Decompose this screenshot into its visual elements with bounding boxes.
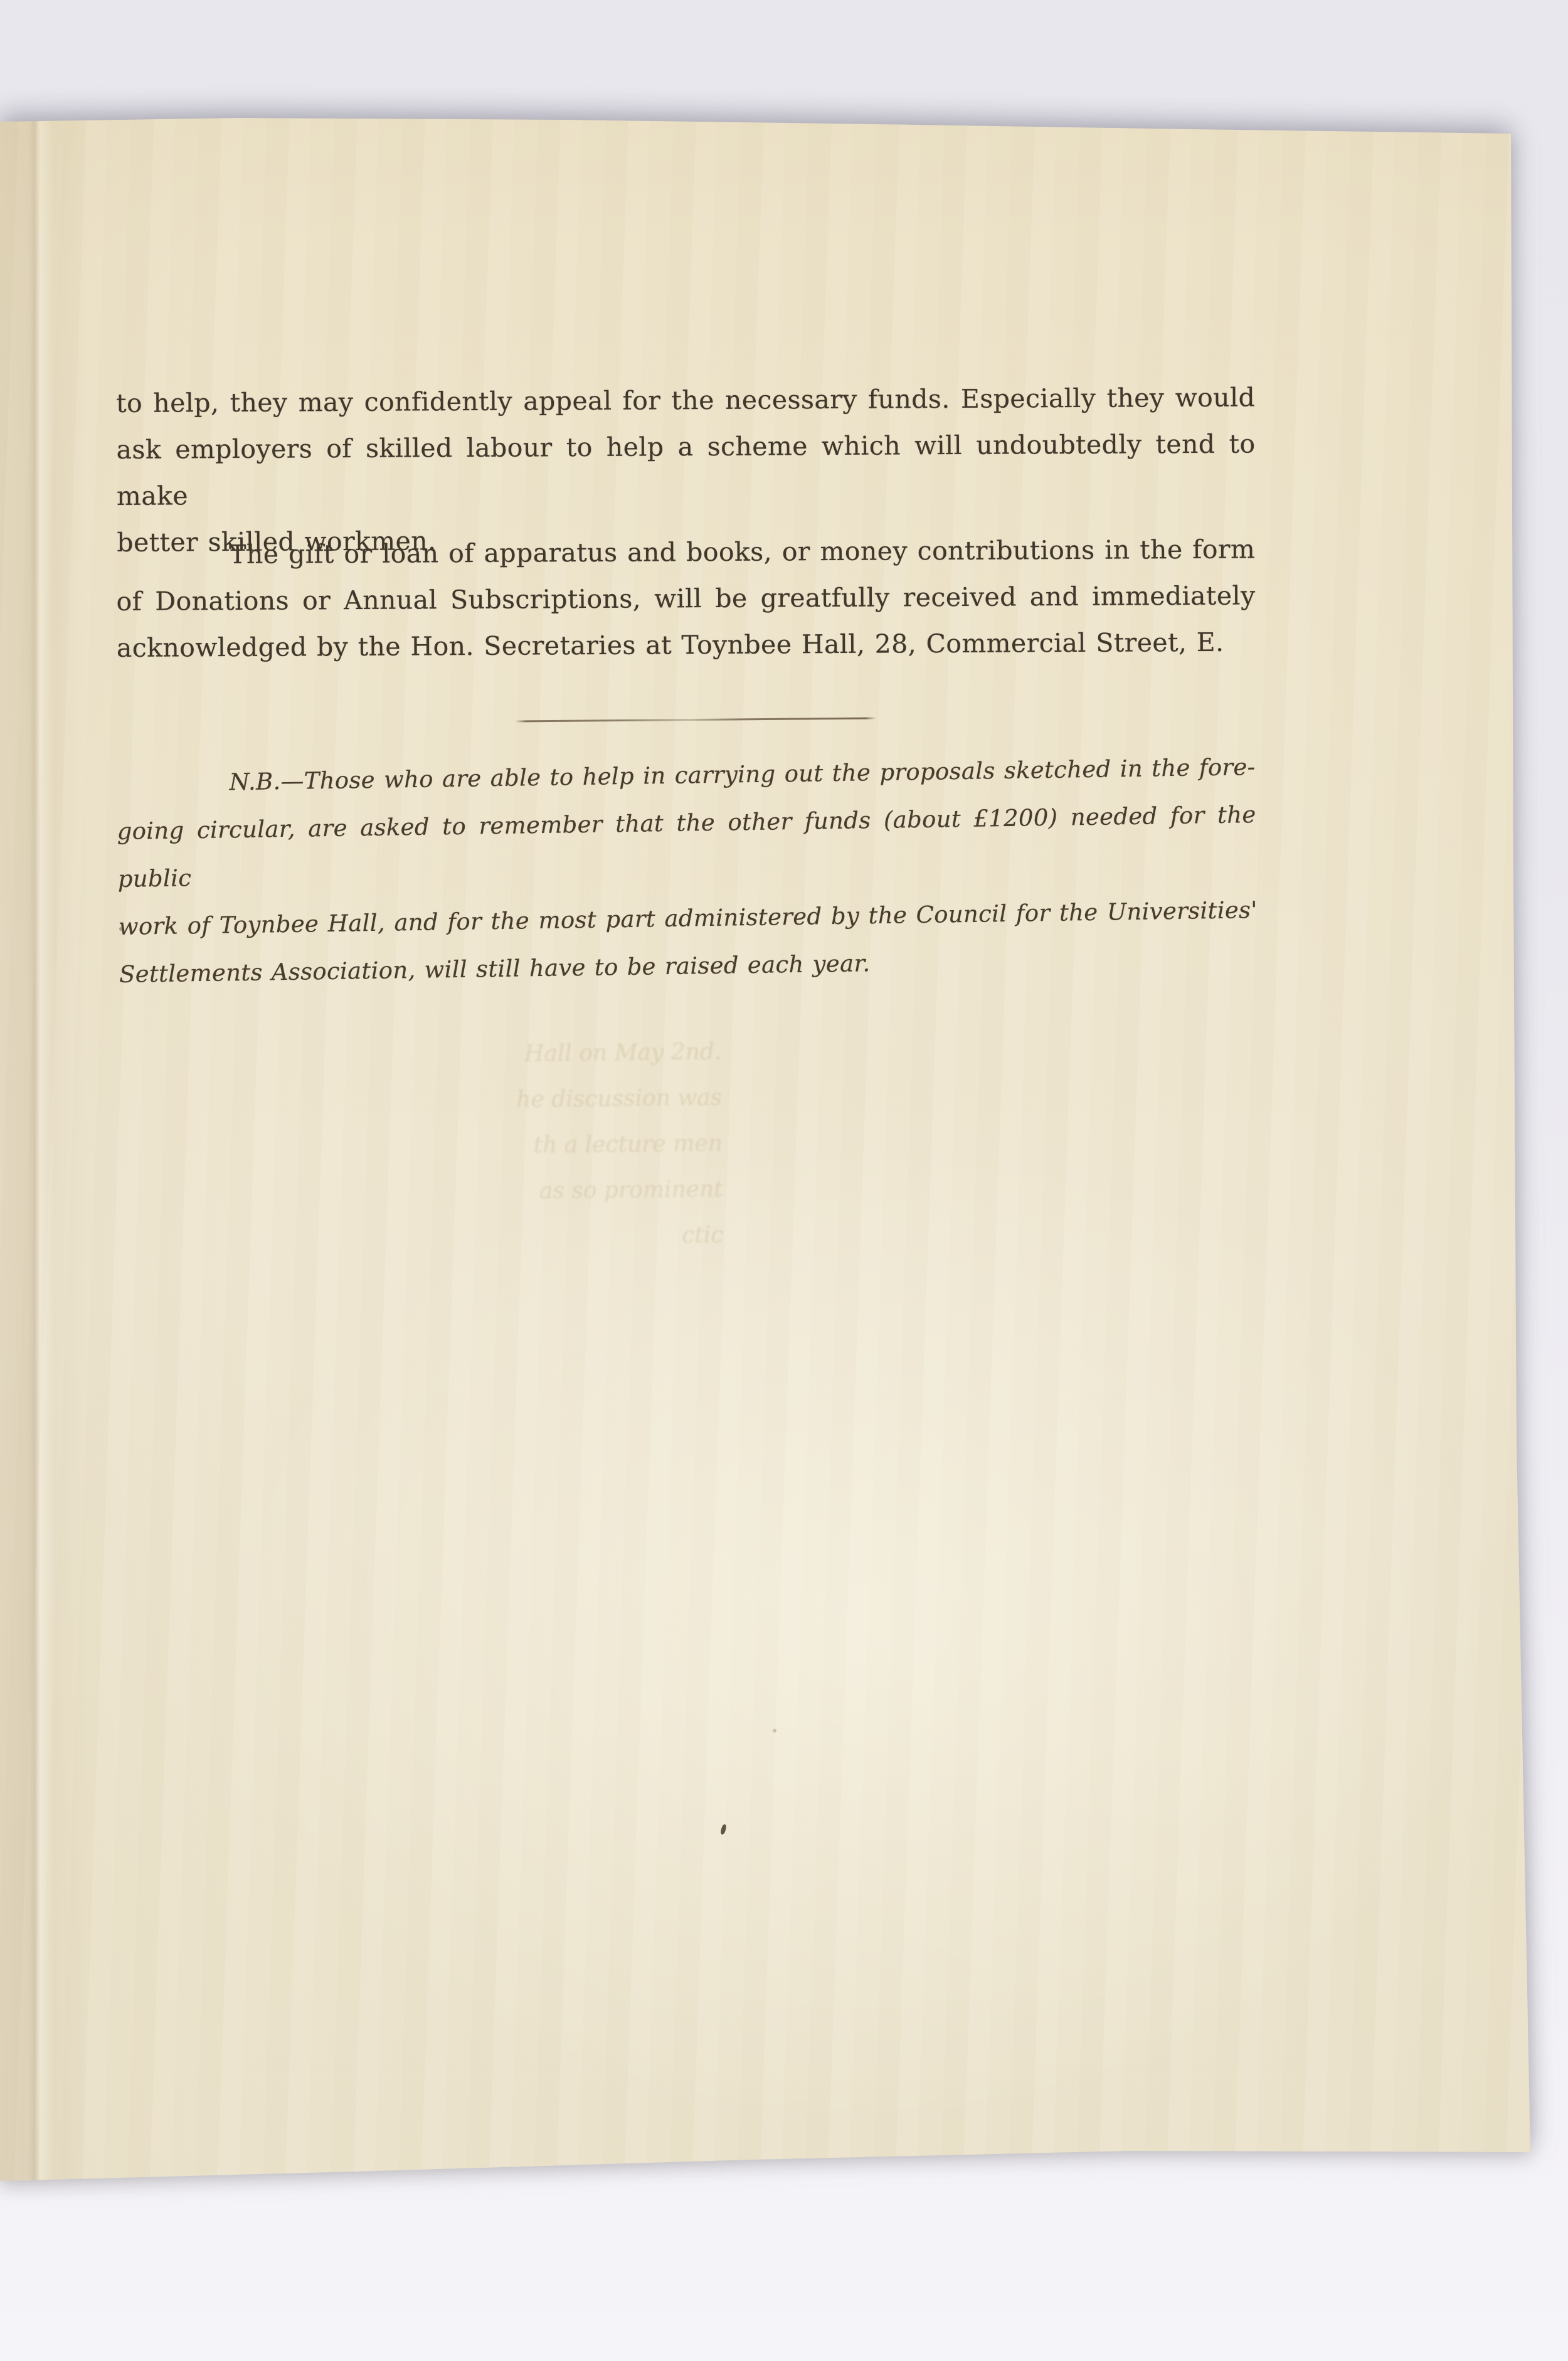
ink-speck	[720, 1823, 727, 1835]
showthrough-line: ctic	[152, 1212, 724, 1264]
paper-shadow: Hall on May 2nd. he discussion was th a …	[0, 0, 1568, 2361]
showthrough-line: Hall on May 2nd.	[151, 1029, 722, 1081]
text-line: of Donations or Annual Subscriptions, wi…	[116, 572, 1255, 625]
paper-fleck	[773, 1729, 776, 1732]
showthrough-text: Hall on May 2nd. he discussion was th a …	[151, 1029, 724, 1264]
paragraph-nota-bene: N.B.—Those who are able to help in carry…	[116, 743, 1258, 999]
showthrough-line: as so prominent	[152, 1166, 723, 1218]
section-divider-rule	[515, 717, 876, 722]
text-line: going circular, are asked to remember th…	[117, 791, 1257, 903]
ink-speck	[119, 927, 122, 931]
text-line: acknowledged by the Hon. Secretaries at …	[117, 618, 1256, 671]
document-page: Hall on May 2nd. he discussion was th a …	[0, 0, 1537, 2192]
showthrough-line: he discussion was	[151, 1074, 723, 1127]
paragraph-gift-or-loan: The gift or loan of apparatus and books,…	[116, 526, 1256, 671]
text-line: to help, they may confidently appeal for…	[116, 374, 1255, 427]
showthrough-line: th a lecture men	[152, 1120, 723, 1172]
text-line: ask employers of skilled labour to help …	[116, 420, 1256, 519]
text-line: The gift or loan of apparatus and books,…	[116, 526, 1255, 578]
